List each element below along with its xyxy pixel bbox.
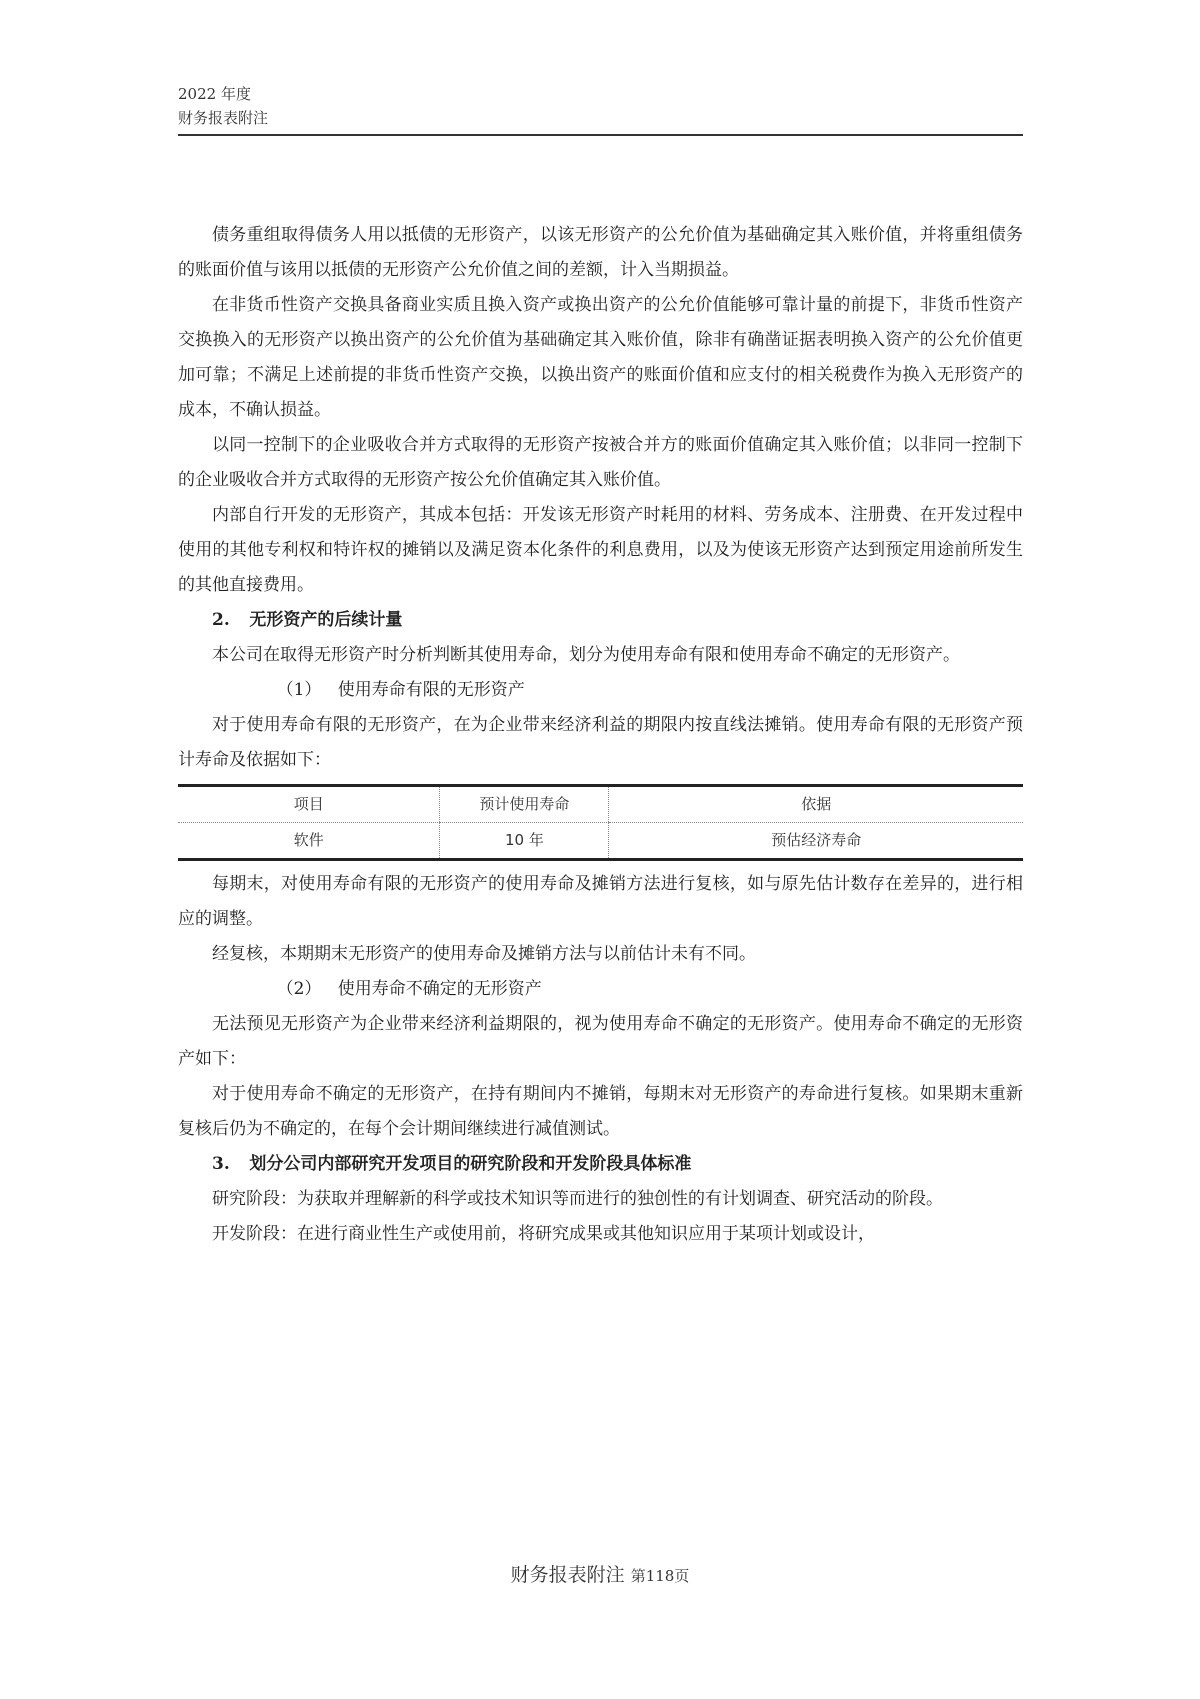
- table-header-item: 项目: [178, 786, 440, 823]
- useful-life-table: 项目 预计使用寿命 依据 软件 10 年 预估经济寿命: [178, 784, 1023, 861]
- table-header-basis: 依据: [609, 786, 1023, 823]
- page-number: 第118页: [631, 1567, 690, 1585]
- subsection-2-paragraph-1: 无法预见无形资产为企业带来经济利益期限的，视为使用寿命不确定的无形资产。使用寿命…: [178, 1007, 1023, 1077]
- subsection-1-paragraph-3: 经复核，本期期末无形资产的使用寿命及摊销方法与以前估计未有不同。: [178, 937, 1023, 972]
- table-cell-item: 软件: [178, 823, 440, 860]
- document-body: 债务重组取得债务人用以抵债的无形资产，以该无形资产的公允价值为基础确定其入账价值…: [178, 218, 1023, 1252]
- section-3-heading: 3.划分公司内部研究开发项目的研究阶段和开发阶段具体标准: [178, 1147, 1023, 1182]
- table-cell-useful-life: 10 年: [440, 823, 609, 860]
- page-footer: 财务报表附注第118页: [0, 1560, 1200, 1587]
- subsection-1-title: 使用寿命有限的无形资产: [338, 680, 525, 700]
- header-title: 财务报表附注: [178, 106, 1023, 130]
- subsection-1-paragraph-2: 每期末，对使用寿命有限的无形资产的使用寿命及摊销方法进行复核，如与原先估计数存在…: [178, 867, 1023, 937]
- section-2-title: 无形资产的后续计量: [249, 610, 402, 630]
- paragraph-nonmonetary-exchange: 在非货币性资产交换具备商业实质且换入资产或换出资产的公允价值能够可靠计量的前提下…: [178, 288, 1023, 428]
- subsection-1-heading: （1）使用寿命有限的无形资产: [178, 673, 1023, 708]
- header-year: 2022 年度: [178, 82, 1023, 106]
- subsection-2-number: （2）: [277, 972, 338, 1007]
- section-3-number: 3.: [212, 1147, 249, 1182]
- section-3-research-stage: 研究阶段：为获取并理解新的科学或技术知识等而进行的独创性的有计划调查、研究活动的…: [178, 1182, 1023, 1217]
- subsection-2-paragraph-2: 对于使用寿命不确定的无形资产，在持有期间内不摊销，每期末对无形资产的寿命进行复核…: [178, 1077, 1023, 1147]
- table-header-useful-life: 预计使用寿命: [440, 786, 609, 823]
- paragraph-internal-development: 内部自行开发的无形资产，其成本包括：开发该无形资产时耗用的材料、劳务成本、注册费…: [178, 498, 1023, 603]
- subsection-1-number: （1）: [277, 673, 338, 708]
- table-row: 软件 10 年 预估经济寿命: [178, 823, 1023, 860]
- table-header-row: 项目 预计使用寿命 依据: [178, 786, 1023, 823]
- subsection-2-heading: （2）使用寿命不确定的无形资产: [178, 972, 1023, 1007]
- subsection-2-title: 使用寿命不确定的无形资产: [338, 979, 542, 999]
- paragraph-debt-restructuring: 债务重组取得债务人用以抵债的无形资产，以该无形资产的公允价值为基础确定其入账价值…: [178, 218, 1023, 288]
- table-cell-basis: 预估经济寿命: [609, 823, 1023, 860]
- section-3-development-stage: 开发阶段：在进行商业性生产或使用前，将研究成果或其他知识应用于某项计划或设计，: [178, 1217, 1023, 1252]
- footer-title: 财务报表附注: [511, 1564, 625, 1586]
- page-header: 2022 年度 财务报表附注: [178, 82, 1023, 130]
- subsection-1-paragraph-1: 对于使用寿命有限的无形资产，在为企业带来经济利益的期限内按直线法摊销。使用寿命有…: [178, 708, 1023, 778]
- section-3-title: 划分公司内部研究开发项目的研究阶段和开发阶段具体标准: [249, 1154, 691, 1174]
- section-2-number: 2.: [212, 603, 249, 638]
- header-divider: [178, 134, 1023, 136]
- section-2-intro: 本公司在取得无形资产时分析判断其使用寿命，划分为使用寿命有限和使用寿命不确定的无…: [178, 638, 1023, 673]
- paragraph-business-combination: 以同一控制下的企业吸收合并方式取得的无形资产按被合并方的账面价值确定其入账价值；…: [178, 428, 1023, 498]
- section-2-heading: 2.无形资产的后续计量: [178, 603, 1023, 638]
